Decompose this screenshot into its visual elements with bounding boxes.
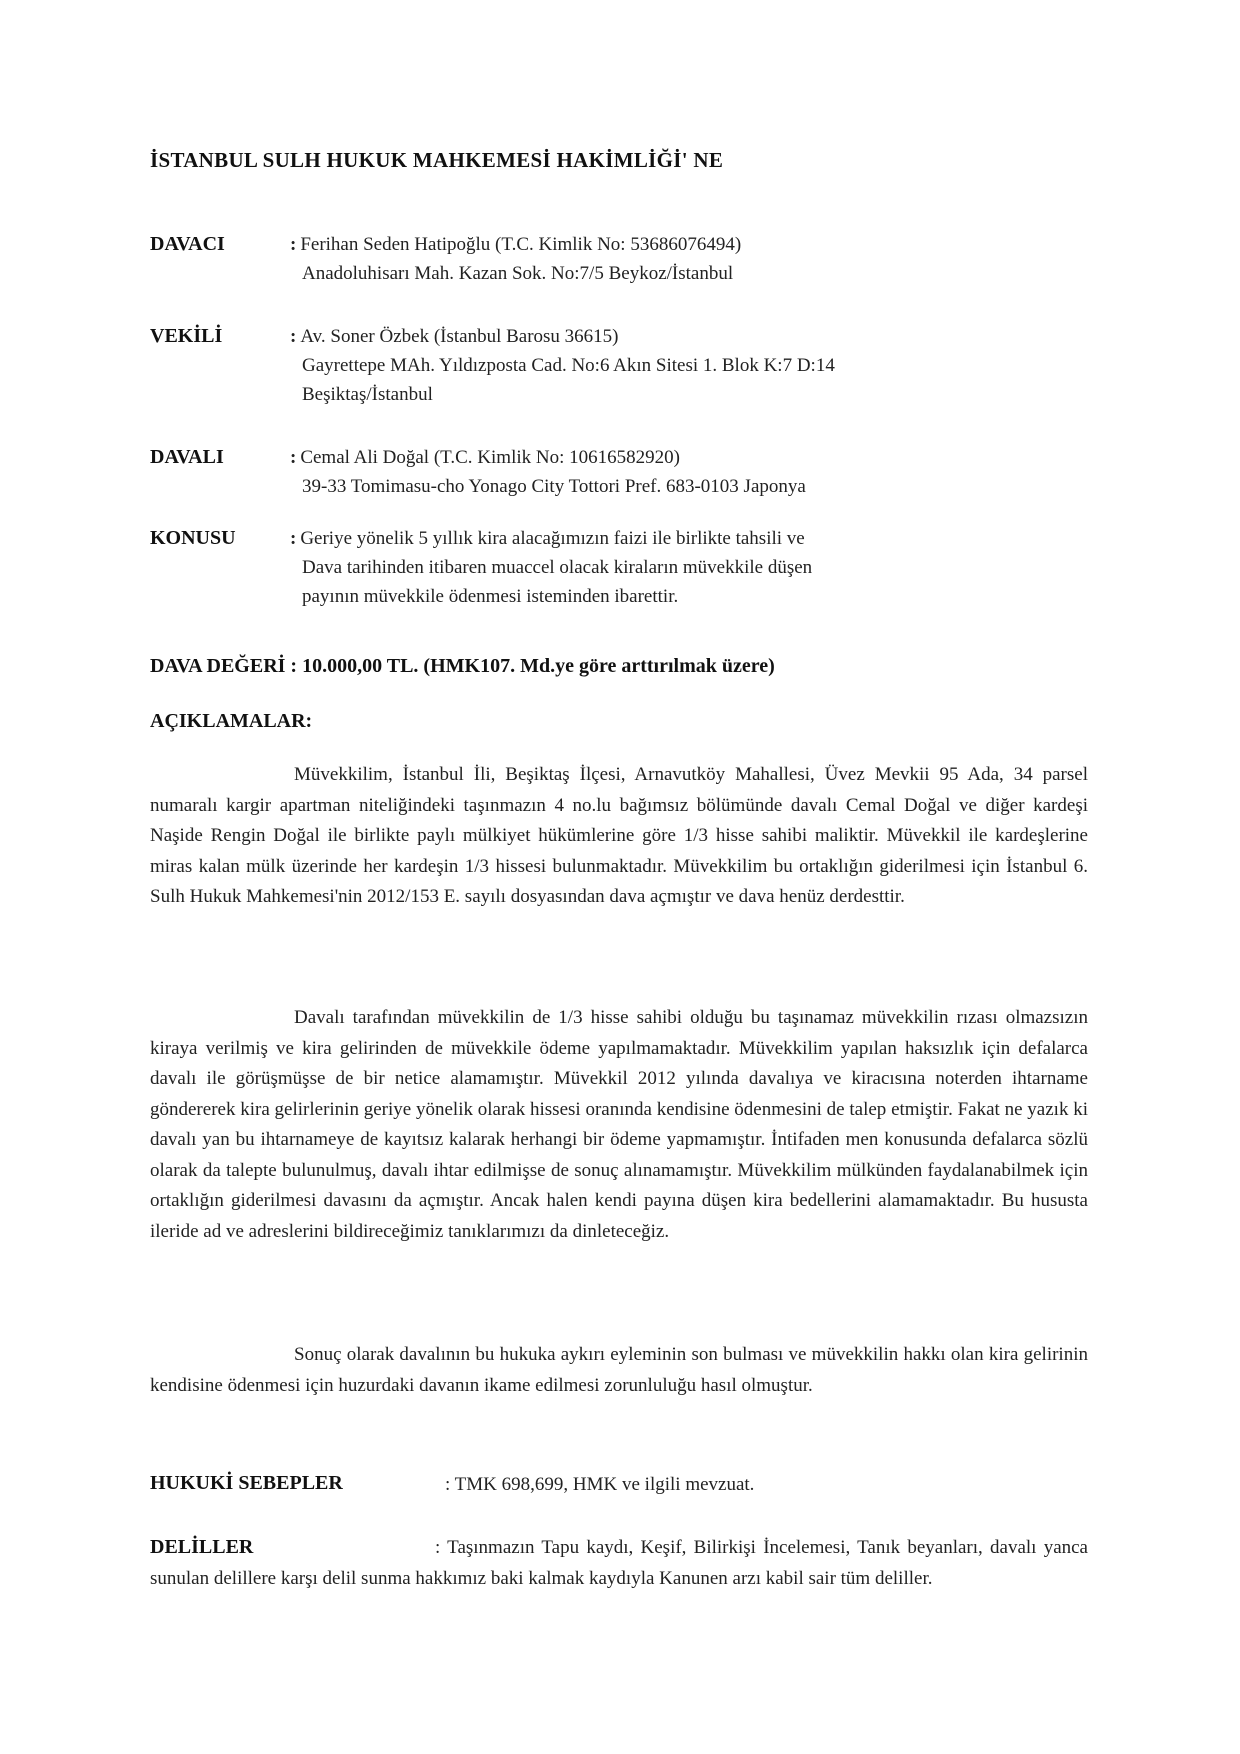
case-value-colon: : xyxy=(290,655,302,677)
case-value-row: DAVA DEĞERİ : 10.000,00 TL. (HMK107. Md.… xyxy=(150,655,775,678)
attorney-city-line: Beşiktaş/İstanbul xyxy=(290,380,835,409)
plaintiff-name-line: :Ferihan Seden Hatipoğlu (T.C. Kimlik No… xyxy=(290,230,741,259)
defendant-name-line: :Cemal Ali Doğal (T.C. Kimlik No: 106165… xyxy=(290,443,806,472)
plaintiff-info: :Ferihan Seden Hatipoğlu (T.C. Kimlik No… xyxy=(290,230,741,288)
evidence-block: DELİLLER: Taşınmazın Tapu kaydı, Keşif, … xyxy=(150,1532,1088,1594)
attorney-label: VEKİLİ xyxy=(150,325,222,348)
court-heading: İSTANBUL SULH HUKUK MAHKEMESİ HAKİMLİĞİ'… xyxy=(150,148,723,173)
petition-page: İSTANBUL SULH HUKUK MAHKEMESİ HAKİMLİĞİ'… xyxy=(0,0,1240,1754)
subject-info: :Geriye yönelik 5 yıllık kira alacağımız… xyxy=(290,524,812,611)
plaintiff-label: DAVACI xyxy=(150,233,225,256)
legal-grounds-value: : TMK 698,699, HMK ve ilgili mevzuat. xyxy=(445,1474,754,1496)
explanations-title: AÇIKLAMALAR: xyxy=(150,710,312,733)
case-value-label: DAVA DEĞERİ xyxy=(150,655,285,677)
attorney-info: :Av. Soner Özbek (İstanbul Barosu 36615)… xyxy=(290,322,835,409)
explanation-paragraph-3: Sonuç olarak davalının bu hukuka aykırı … xyxy=(150,1340,1088,1401)
attorney-address-line: Gayrettepe MAh. Yıldızposta Cad. No:6 Ak… xyxy=(290,351,835,380)
explanation-paragraph-1: Müvekkilim, İstanbul İli, Beşiktaş İlçes… xyxy=(150,760,1088,913)
subject-line-2: Dava tarihinden itibaren muaccel olacak … xyxy=(290,553,812,582)
evidence-label: DELİLLER xyxy=(150,1532,435,1563)
defendant-info: :Cemal Ali Doğal (T.C. Kimlik No: 106165… xyxy=(290,443,806,501)
subject-label: KONUSU xyxy=(150,527,236,550)
defendant-address-line: 39-33 Tomimasu-cho Yonago City Tottori P… xyxy=(290,472,806,501)
plaintiff-address-line: Anadoluhisarı Mah. Kazan Sok. No:7/5 Bey… xyxy=(290,259,741,288)
explanation-paragraph-2: Davalı tarafından müvekkilin de 1/3 hiss… xyxy=(150,1003,1088,1247)
subject-line-3: payının müvekkile ödenmesi isteminden ib… xyxy=(290,582,812,611)
legal-grounds-label: HUKUKİ SEBEPLER xyxy=(150,1472,343,1495)
subject-line-1: :Geriye yönelik 5 yıllık kira alacağımız… xyxy=(290,524,812,553)
defendant-label: DAVALI xyxy=(150,446,224,469)
attorney-name-line: :Av. Soner Özbek (İstanbul Barosu 36615) xyxy=(290,322,835,351)
case-value-amount: 10.000,00 TL. (HMK107. Md.ye göre arttır… xyxy=(302,655,775,677)
